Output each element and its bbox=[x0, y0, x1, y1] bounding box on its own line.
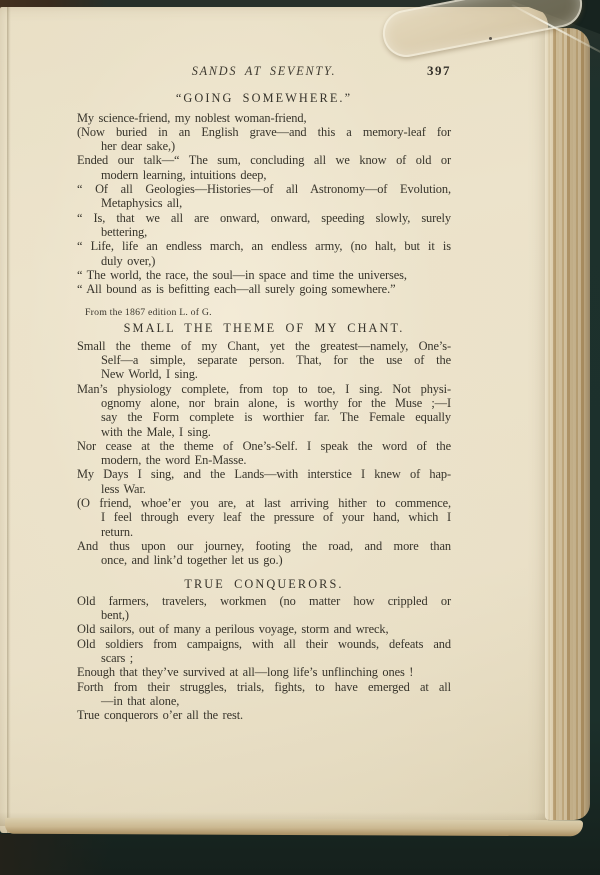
poem-small-the-theme: Small the theme of my Chant, yet the gre… bbox=[77, 339, 451, 568]
poem-line: with the Male, I sing. bbox=[77, 425, 451, 439]
poem-line: “ Is, that we all are onward, onward, sp… bbox=[77, 211, 451, 225]
scanned-book-photo: { "page": { "running_title": "SANDS AT S… bbox=[0, 0, 600, 875]
poem-line: (O friend, whoe’er you are, at last arri… bbox=[77, 496, 451, 510]
page-edge-stack-right bbox=[545, 28, 590, 820]
poem-line: once, and link’d together let us go.) bbox=[77, 553, 451, 567]
poem-line: Self—a simple, separate person. That, fo… bbox=[77, 353, 451, 367]
poem-line: her dear sake,) bbox=[77, 139, 451, 153]
poem-line: “ Of all Geologies—Histories—of all Astr… bbox=[77, 182, 451, 196]
poem-line: Ended our talk—“ The sum, concluding all… bbox=[77, 153, 451, 167]
edition-note: From the 1867 edition L. of G. bbox=[85, 307, 451, 319]
poem-line: modern, the word En-Masse. bbox=[77, 453, 451, 467]
section-title-small-the-theme: SMALL THE THEME OF MY CHANT. bbox=[77, 321, 451, 335]
poem-line: My Days I sing, and the Lands—with inter… bbox=[77, 467, 451, 481]
poem-true-conquerors: Old farmers, travelers, workmen (no matt… bbox=[77, 594, 451, 723]
poem-line: Nor cease at the theme of One’s-Self. I … bbox=[77, 439, 451, 453]
section-title-true-conquerors: TRUE CONQUERORS. bbox=[77, 577, 451, 591]
poem-line: Man’s physiology complete, from top to t… bbox=[77, 382, 451, 396]
poem-line: bent,) bbox=[77, 608, 451, 622]
page-number: 397 bbox=[427, 64, 451, 78]
running-header: SANDS AT SEVENTY. 397 bbox=[77, 64, 451, 78]
poem-line: Enough that they’ve survived at all—long… bbox=[77, 665, 451, 679]
poem-line: Metaphysics all, bbox=[77, 196, 451, 210]
poem-line: say the Form complete is worthier far. T… bbox=[77, 410, 451, 424]
poem-line: duly over,) bbox=[77, 254, 451, 268]
poem-going-somewhere: My science-friend, my noblest woman-frie… bbox=[77, 111, 451, 297]
page-edge-stack-bottom bbox=[5, 818, 583, 837]
poem-line: Old soldiers from campaigns, with all th… bbox=[77, 637, 451, 651]
poem-line: scars ; bbox=[77, 651, 451, 665]
poem-line: New World, I sing. bbox=[77, 367, 451, 381]
poem-line: Old sailors, out of many a perilous voya… bbox=[77, 622, 451, 636]
poem-line: return. bbox=[77, 525, 451, 539]
poem-line: modern learning, intuitions deep, bbox=[77, 168, 451, 182]
poem-line: “ Life, life an endless march, an endles… bbox=[77, 239, 451, 253]
poem-line: Forth from their struggles, trials, figh… bbox=[77, 680, 451, 694]
poem-line: Small the theme of my Chant, yet the gre… bbox=[77, 339, 451, 353]
section-title-going-somewhere: “GOING SOMEWHERE.” bbox=[77, 91, 451, 105]
page-gutter-crease bbox=[7, 7, 11, 833]
poem-line: And thus upon our journey, footing the r… bbox=[77, 539, 451, 553]
ink-speck bbox=[489, 37, 492, 40]
poem-line: True conquerors o’er all the rest. bbox=[77, 708, 451, 722]
table-surface-shadow bbox=[0, 834, 140, 875]
poem-line: Old farmers, travelers, workmen (no matt… bbox=[77, 594, 451, 608]
poem-line: I feel through every leaf the pressure o… bbox=[77, 510, 451, 524]
poem-line: ognomy alone, nor brain alone, is worthy… bbox=[77, 396, 451, 410]
poem-line: less War. bbox=[77, 482, 451, 496]
printed-page-content: SANDS AT SEVENTY. 397 “GOING SOMEWHERE.”… bbox=[77, 0, 451, 722]
poem-line: bettering, bbox=[77, 225, 451, 239]
poem-line: “ The world, the race, the soul—in space… bbox=[77, 268, 451, 282]
poem-line: “ All bound as is befitting each—all sur… bbox=[77, 282, 451, 296]
poem-line: (Now buried in an English grave—and this… bbox=[77, 125, 451, 139]
running-title: SANDS AT SEVENTY. bbox=[192, 64, 337, 78]
poem-line: —in that alone, bbox=[77, 694, 451, 708]
poem-line: My science-friend, my noblest woman-frie… bbox=[77, 111, 451, 125]
